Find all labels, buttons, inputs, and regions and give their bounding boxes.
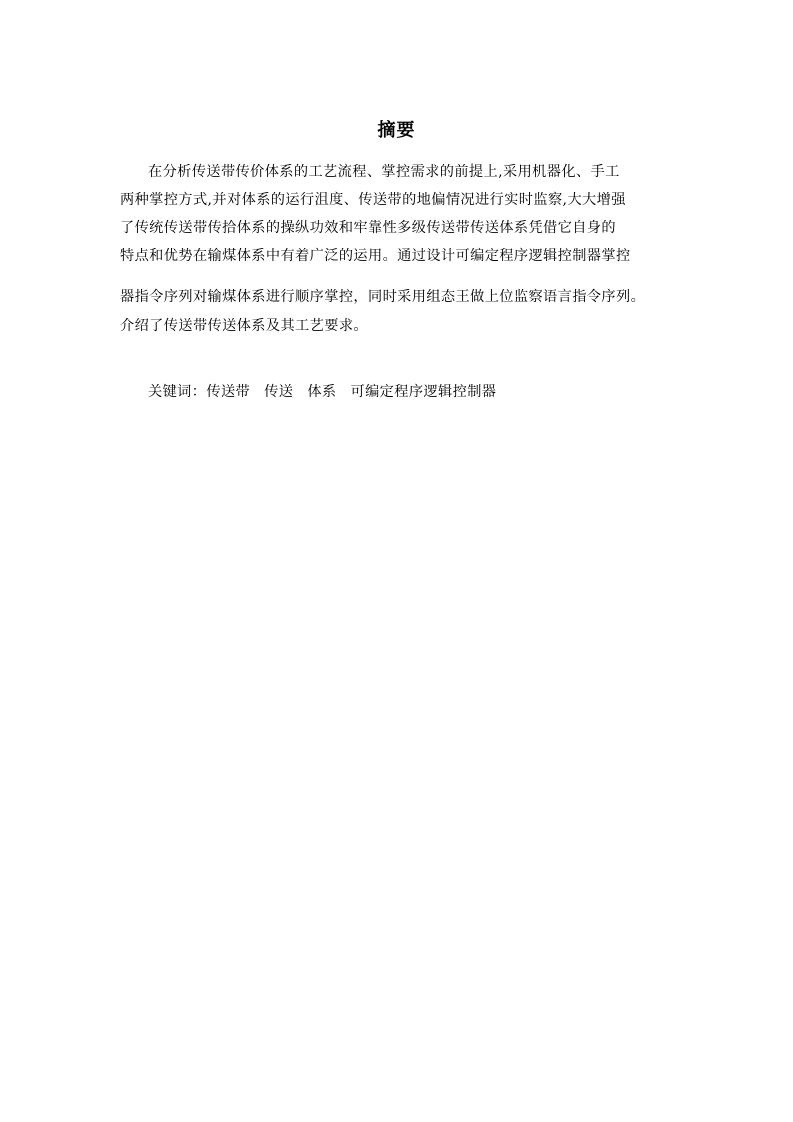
keywords-line: 关键词：传送带传送体系可编定程序逻辑控制器 (148, 382, 496, 402)
abstract-line-1: 在分析传送带传价体系的工艺流程、掌控需求的前提上,采用机器化、手工 (148, 162, 620, 182)
abstract-line-4: 特点和优势在输煤体系中有着广泛的运用。通过设计可编定程序逻辑控制器掌控 (120, 246, 631, 266)
abstract-line-3: 了传统传送带传拾体系的操纵功效和牢靠性多级传送带传送体系凭借它自身的 (120, 218, 616, 238)
document-page: 摘要 在分析传送带传价体系的工艺流程、掌控需求的前提上,采用机器化、手工 两种掌… (0, 0, 793, 1122)
keywords-label: 关键词： (148, 382, 206, 402)
abstract-line-2: 两种掌控方式,并对体系的运行沮度、传送带的地偏情况进行实时监察,大大增强 (120, 190, 626, 210)
abstract-line-5: 器指令序列对输煤体系进行顺序掌控，同时采用组态王做上位监察语言指令序列。 (120, 287, 645, 307)
keyword-item: 传送带 (206, 382, 250, 402)
abstract-line-6: 介绍了传送带传送体系及其工艺要求。 (120, 316, 368, 336)
abstract-title: 摘要 (0, 119, 793, 143)
keyword-item: 可编定程序逻辑控制器 (351, 382, 497, 402)
keyword-item: 体系 (307, 382, 336, 402)
keyword-item: 传送 (264, 382, 293, 402)
